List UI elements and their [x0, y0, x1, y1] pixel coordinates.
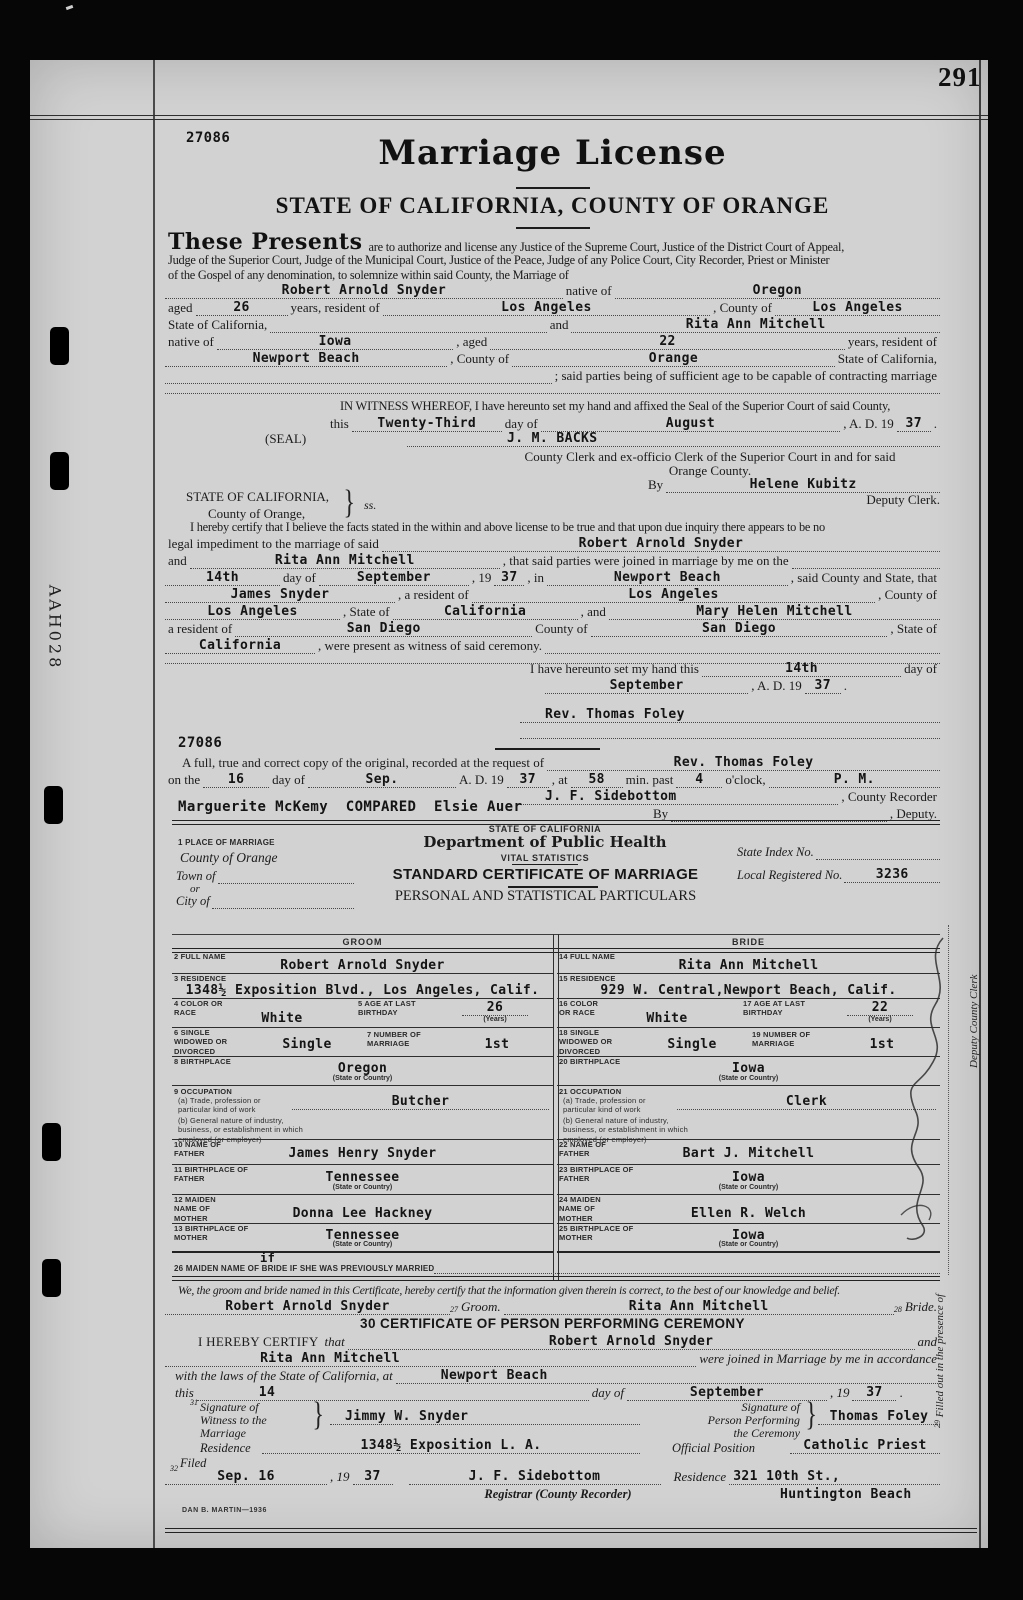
native-of-label: native of [168, 334, 214, 350]
cert-witness2-residence-line: a resident of San Diego County of San Di… [165, 620, 940, 637]
recording-number: 27086 [178, 735, 222, 751]
at-label: , at [552, 772, 568, 788]
table-row: 11 BIRTHPLACE OF FATHER Tennessee (State… [172, 1164, 553, 1195]
impediment-label: legal impediment to the marriage of said [168, 536, 379, 552]
cert-year-field: 37 [494, 570, 524, 586]
spacer [393, 1471, 409, 1485]
recorded-copy-line: A full, true and correct copy of the ori… [165, 754, 940, 771]
license-bride-line: native of Iowa , aged 22 years, resident… [165, 333, 940, 350]
town-of-field [218, 869, 355, 884]
hand-line-2: September , A. D. 19 37 . [545, 677, 850, 694]
registrar-residence-2: Huntington Beach [780, 1487, 912, 1502]
bottom-double-rule [165, 1528, 977, 1533]
witness1-city-field: Los Angeles [472, 587, 875, 603]
country-caption: (State or Country) [557, 1241, 940, 1248]
recorded-date-line: on the 16 day of Sep. A. D. 19 37 , at 5… [165, 771, 940, 788]
registrar-residence-field: 321 10th St., [729, 1469, 940, 1485]
cert-bride-field: Rita Ann Mitchell [190, 553, 500, 569]
filled-out-text: Filled out in the presence of [934, 1294, 946, 1417]
blank-field [520, 724, 940, 739]
row-value: James Henry Snyder [172, 1146, 553, 1161]
presents-line-3: of the Gospel of any denomination, to so… [168, 268, 940, 283]
in-label: , in [527, 570, 544, 586]
recorded-hour-field: 4 [676, 772, 722, 788]
table-row: 22 NAME OF FATHER Bart J. Mitchell [557, 1139, 940, 1165]
local-registered-label: Local Registered No. [737, 868, 842, 883]
filled-out-label: 29 Filled out in the presence of [934, 1294, 946, 1428]
year-19-label: , 19 [472, 570, 492, 586]
punch-hole [42, 1123, 61, 1161]
aged-label: , aged [456, 334, 487, 350]
section-divider [495, 748, 600, 750]
witness-whereof-text: IN WITNESS WHEREOF, I have hereunto set … [340, 399, 940, 414]
state-index-line: State Index No. [737, 844, 940, 860]
witness-signature-line: Jimmy W. Snyder [330, 1407, 640, 1425]
bride-birthplace-field: Iowa [217, 334, 453, 350]
row-value: Iowa [557, 1061, 940, 1076]
cert-witness1-line: James Snyder , a resident of Los Angeles… [165, 586, 940, 603]
cert-month-field: September [319, 570, 469, 586]
county-of-label: County of [535, 621, 587, 637]
cert-groom-field: Robert Arnold Snyder [382, 536, 940, 552]
spacer [661, 1471, 671, 1485]
witness-brace: } [312, 1398, 323, 1432]
groom-age-field: 26 [196, 300, 288, 316]
row-label: 5 AGE AT LAST BIRTHDAY [358, 999, 450, 1018]
witness2-city-field: San Diego [235, 621, 532, 637]
recorded-year-field: 37 [507, 772, 549, 788]
blank-rule-line [520, 731, 940, 739]
groom-city-field: Los Angeles [383, 300, 710, 316]
presents-line-1: These Presents are to authorize and lice… [168, 229, 940, 255]
hand-text: I have hereunto set my hand this [530, 661, 699, 677]
row-label: 18 SINGLE WIDOWED OR DIVORCED [559, 1028, 621, 1056]
hand-line-1: I have hereunto set my hand this 14th da… [527, 660, 940, 677]
table-row: 10 NAME OF FATHER James Henry Snyder [172, 1139, 553, 1165]
residence-label: Residence [674, 1469, 727, 1485]
table-row: 24 MAIDEN NAME OF MOTHER Ellen R. Welch [557, 1194, 940, 1224]
cert-date-line: 14th day of September , 19 37 , in Newpo… [165, 569, 940, 586]
film-side-code: AAH028 [44, 585, 65, 671]
performer-brace: } [805, 1398, 816, 1432]
recorded-day-field: 16 [203, 772, 269, 788]
ss-label: ss. [364, 498, 376, 513]
cert-groom-line: legal impediment to the marriage of said… [165, 535, 940, 552]
groom-birthplace-field: Oregon [615, 283, 940, 299]
registrar-signature-field: J. F. Sidebottom [409, 1469, 661, 1485]
bride-sig-number: 28 [894, 1305, 902, 1314]
cert-day-field: 14th [165, 570, 280, 586]
state-of-label: , State of [890, 621, 937, 637]
and-label: and [550, 317, 569, 333]
row-label: 21 OCCUPATION [559, 1087, 669, 1096]
license-bride-city-line: Newport Beach , County of Orange State o… [165, 350, 940, 367]
license-state-line: State of California, and Rita Ann Mitche… [165, 316, 940, 333]
cert-state-label: STATE OF CALIFORNIA, [186, 489, 329, 505]
registrar-caption: Registrar (County Recorder) [428, 1487, 688, 1502]
punch-hole [44, 786, 63, 824]
row-label: 19 NUMBER OF MARRIAGE [752, 1030, 832, 1049]
row-value: Donna Lee Hackney [172, 1206, 553, 1221]
local-registered-line: Local Registered No. 3236 [737, 867, 940, 883]
state-index-label: State Index No. [737, 845, 814, 860]
ceremony-line-2: Rita Ann Mitchell were joined in Marriag… [165, 1350, 940, 1367]
recorder-signature-line: J. F. Sidebottom , County Recorder [520, 788, 940, 805]
recorded-ampm-field: P. M. [769, 772, 940, 788]
oclock-label: o'clock, [725, 772, 765, 788]
groom-sig-label: Groom. [461, 1299, 501, 1315]
printer-credit: DAN B. MARTIN—1936 [182, 1507, 267, 1514]
row-value: 929 W. Central,Newport Beach, Calif. [557, 983, 940, 998]
vital-statistics-heading: VITAL STATISTICS [380, 853, 710, 864]
film-scratch-mark [66, 5, 74, 10]
witness1-state-field: California [393, 604, 578, 620]
row-value: 1st [462, 1037, 532, 1052]
row-value: Single [257, 1037, 357, 1052]
ad-19-label: , A. D. 19 [751, 678, 802, 694]
witness1-field: James Snyder [165, 587, 395, 603]
presents-line-2: Judge of the Superior Court, Judge of th… [168, 253, 940, 268]
table-bottom-rule [172, 1276, 940, 1281]
performer-sig-label: Signature of Person Performing the Cerem… [660, 1401, 800, 1440]
deputy-county-clerk-label: Deputy County Clerk [968, 975, 980, 1068]
table-row: 8 BIRTHPLACE Oregon (State or Country) [172, 1056, 553, 1086]
witness-sig-label: Signature of Witness to the Marriage [200, 1401, 312, 1440]
filed-year-field: 37 [353, 1469, 393, 1485]
row-value: Butcher [292, 1094, 549, 1110]
on-the-label: on the [168, 772, 200, 788]
deputy-clerk-signature [893, 920, 957, 1250]
table-row: 4 COLOR OR RACE White 5 AGE AT LAST BIRT… [172, 998, 553, 1028]
official-position-field: Catholic Priest [790, 1438, 940, 1454]
row26-field [434, 1259, 940, 1274]
ceremony-performer-signature: Thomas Foley [818, 1409, 940, 1425]
blank-field [792, 554, 940, 569]
row-label: 7 NUMBER OF MARRIAGE [367, 1030, 447, 1049]
left-margin-rule [153, 60, 155, 1548]
deputy-clerk-signature-field: Helene Kubitz [666, 477, 940, 493]
license-groom-line: Robert Arnold Snyder native of Oregon [165, 282, 940, 299]
by-label: By [648, 477, 663, 493]
joined-text: were joined in Marriage by me in accorda… [699, 1351, 937, 1367]
county-clerk-signature: J. M. BACKS [407, 431, 940, 447]
row-label: 15 RESIDENCE [559, 974, 649, 983]
that-label: that [325, 1334, 345, 1350]
row-label: 17 AGE AT LAST BIRTHDAY [743, 999, 835, 1018]
city-of-field [212, 894, 354, 909]
aged-label: aged [168, 300, 193, 316]
ceremony-heading: 30 CERTIFICATE OF PERSON PERFORMING CERE… [165, 1316, 940, 1331]
witness-residence-line: 1348½ Exposition L. A. [262, 1438, 640, 1454]
witness-residence-field: 1348½ Exposition L. A. [262, 1438, 640, 1454]
table-row: 16 COLOR OR RACE White 17 AGE AT LAST BI… [557, 998, 940, 1028]
deputy-clerk-title: Deputy Clerk. [520, 492, 940, 508]
state-of-california-label: State of California, [838, 351, 937, 367]
groom-consent-signature: Robert Arnold Snyder [165, 1299, 450, 1315]
ss-brace: } [343, 486, 354, 520]
county-of-label: , County of [878, 587, 937, 603]
row-value: 26 [462, 1000, 528, 1016]
seal-label: (SEAL) [265, 431, 306, 447]
ceremony-bride-field: Rita Ann Mitchell [165, 1351, 495, 1367]
table-row: 25 BIRTHPLACE OF MOTHER Iowa (State or C… [557, 1223, 940, 1253]
county-recorder-signature: J. F. Sidebottom [520, 789, 838, 805]
state-county-heading: STATE OF CALIFORNIA, COUNTY OF ORANGE [165, 193, 940, 219]
row-value: Ellen R. Welch [557, 1206, 940, 1221]
witness1-county-field: Los Angeles [165, 604, 340, 620]
this-label: this [330, 416, 349, 432]
table-row: 14 FULL NAME Rita Ann Mitchell [557, 951, 940, 974]
ceremony-groom-field: Robert Arnold Snyder [348, 1334, 915, 1350]
table-row: 9 OCCUPATION (a) Trade, profession or pa… [172, 1085, 553, 1140]
ceremony-place-field: Newport Beach [396, 1368, 940, 1384]
requestor-field: Rev. Thomas Foley [547, 755, 940, 771]
officiant-signature-line: Rev. Thomas Foley [520, 706, 940, 723]
table-row: 15 RESIDENCE 929 W. Central,Newport Beac… [557, 973, 940, 999]
row-value: Robert Arnold Snyder [172, 958, 553, 973]
county-of-label: , County of [450, 351, 509, 367]
country-caption: (State or Country) [172, 1075, 553, 1082]
county-recorder-label: , County Recorder [841, 789, 937, 805]
and-label: and [168, 553, 187, 569]
row-value: White [597, 1011, 737, 1026]
years-resident-label: years, resident of [848, 334, 937, 350]
bride-name-field: Rita Ann Mitchell [571, 317, 940, 333]
bride-age-field: 22 [490, 334, 845, 350]
state-of-label: , State of [343, 604, 390, 620]
hand-month-field: September [545, 678, 748, 694]
years-resident-label: years, resident of [291, 300, 380, 316]
cert-place-field: Newport Beach [547, 570, 788, 586]
right-margin-rule [979, 60, 981, 1548]
table-row: 6 SINGLE WIDOWED OR DIVORCED Single 7 NU… [172, 1027, 553, 1057]
cert-bride-line: and Rita Ann Mitchell , that said partie… [165, 552, 940, 569]
punch-hole [50, 452, 69, 490]
consent-signature-line: Robert Arnold Snyder 27 Groom. Rita Ann … [165, 1298, 940, 1315]
recorded-minutes-field: 58 [571, 772, 623, 788]
table-row: 21 OCCUPATION (a) Trade, profession or p… [557, 1085, 940, 1140]
row-value: Tennessee [172, 1170, 553, 1185]
day-of-label: day of [272, 772, 305, 788]
ceremony-line-3: with the laws of the State of California… [172, 1367, 940, 1384]
state-index-field [816, 845, 940, 860]
town-of-label: Town of [176, 869, 216, 884]
blank-field [495, 1352, 696, 1367]
table-row: 2 FULL NAME Robert Arnold Snyder [172, 951, 553, 974]
bride-sig-label: Bride. [905, 1299, 937, 1315]
certificate-subtitle: PERSONAL AND STATISTICAL PARTICULARS [368, 888, 723, 905]
row-value: Rita Ann Mitchell [557, 958, 940, 973]
bride-city-field: Newport Beach [165, 351, 447, 367]
day-of-label: day of [283, 570, 316, 586]
license-groom-age-line: aged 26 years, resident of Los Angeles ,… [165, 299, 940, 316]
title-underline [516, 187, 590, 189]
document-title: Marriage License [165, 133, 940, 173]
table-row: 13 BIRTHPLACE OF MOTHER Tennessee (State… [172, 1223, 553, 1253]
table-row: 23 BIRTHPLACE OF FATHER Iowa (State or C… [557, 1164, 940, 1195]
a-resident-of-label: a resident of [168, 621, 232, 637]
years-caption: (Years) [462, 1016, 528, 1023]
consent-text: We, the groom and bride named in this Ce… [178, 1283, 940, 1298]
groom-name-field: Robert Arnold Snyder [165, 283, 563, 299]
row-value: Bart J. Mitchell [557, 1146, 940, 1161]
state-of-california-label: State of California, [168, 317, 267, 333]
cert-witness2-line: Los Angeles , State of California , and … [165, 603, 940, 620]
row-value: Iowa [557, 1170, 940, 1185]
bride-column-header: BRIDE [557, 937, 940, 948]
compared-note: Marguerite McKemy COMPARED Elsie Auer [178, 799, 522, 815]
row-value: White [212, 1011, 352, 1026]
vital-underline [512, 864, 578, 865]
period: . [844, 678, 847, 694]
place-of-marriage-label: 1 PLACE OF MARRIAGE [178, 838, 275, 848]
ceremony-line-1: I HEREBY CERTIFY that Robert Arnold Snyd… [195, 1333, 940, 1350]
blank-rule-line [165, 384, 940, 394]
clerk-signature-line: J. M. BACKS [407, 430, 940, 447]
country-caption: (State or Country) [172, 1184, 553, 1191]
presents-lead: These Presents [168, 229, 362, 255]
city-of-line: City of [176, 894, 354, 909]
table-row: 20 BIRTHPLACE Iowa (State or Country) [557, 1056, 940, 1086]
laws-text: with the laws of the State of California… [175, 1368, 393, 1384]
groom-column-header: GROOM [172, 937, 553, 948]
town-of-line: Town of [176, 869, 354, 884]
row-value: Oregon [172, 1061, 553, 1076]
and-label: , and [581, 604, 606, 620]
joined-text: , that said parties were joined in marri… [503, 553, 789, 569]
top-margin-rule [30, 115, 988, 120]
row-value: Single [642, 1037, 742, 1052]
row-sublabel: (a) Trade, profession or particular kind… [178, 1096, 290, 1115]
punch-hole [42, 1259, 61, 1297]
filled-out-number: 29 [933, 1420, 942, 1428]
official-position-line: Catholic Priest [790, 1438, 940, 1454]
bride-county-field: Orange [512, 351, 835, 367]
county-of-label: , County of [713, 300, 772, 316]
row26-label: 26 MAIDEN NAME OF BRIDE IF SHE WAS PREVI… [174, 1264, 434, 1274]
department-heading: Department of Public Health [380, 833, 710, 851]
page-number: 291 [938, 62, 982, 93]
row-value: 1348½ Exposition Blvd., Los Angeles, Cal… [172, 983, 553, 998]
groom-column: 2 FULL NAME Robert Arnold Snyder 3 RESID… [172, 951, 553, 1251]
hand-day-field: 14th [702, 661, 901, 677]
native-of-label: native of [566, 283, 612, 299]
table-row: 3 RESIDENCE 1348½ Exposition Blvd., Los … [172, 973, 553, 999]
residence-label: Residence [200, 1441, 251, 1456]
filed-date-field: Sep. 16 [165, 1469, 327, 1485]
row-label: 3 RESIDENCE [174, 974, 264, 983]
groom-sig-number: 27 [450, 1305, 458, 1314]
groom-county-field: Los Angeles [775, 300, 940, 316]
hand-year-field: 37 [805, 678, 841, 694]
row-label: 9 OCCUPATION [174, 1087, 284, 1096]
min-past-label: min. past [626, 772, 674, 788]
certificate-title: STANDARD CERTIFICATE OF MARRIAGE [368, 866, 723, 883]
cert-paragraph-1: I hereby certify that I believe the fact… [190, 520, 940, 535]
local-registered-field: 3236 [844, 867, 940, 883]
table-row: 18 SINGLE WIDOWED OR DIVORCED Single 19 … [557, 1027, 940, 1057]
performer-signature-line: Thomas Foley [818, 1407, 940, 1425]
country-caption: (State or Country) [172, 1241, 553, 1248]
bride-column: 14 FULL NAME Rita Ann Mitchell 15 RESIDE… [557, 951, 940, 1251]
bride-consent-signature: Rita Ann Mitchell [504, 1299, 894, 1315]
blank-field [165, 379, 940, 394]
recorded-month-field: Sep. [308, 772, 456, 788]
blank-field [270, 318, 546, 333]
punch-hole [50, 327, 69, 365]
officiant-signature: Rev. Thomas Foley [520, 707, 940, 723]
county-of-orange: County of Orange [180, 850, 278, 866]
filed-line: Sep. 16 , 19 37 J. F. Sidebottom Residen… [165, 1468, 940, 1485]
witness2-field: Mary Helen Mitchell [609, 604, 940, 620]
day-of-label: day of [904, 661, 937, 677]
country-caption: (State or Country) [557, 1075, 940, 1082]
row-sublabel: (a) Trade, profession or particular kind… [563, 1096, 675, 1115]
resident-of-label: , a resident of [398, 587, 469, 603]
official-position-label: Official Position [672, 1441, 755, 1456]
year-19-label: , 19 [330, 1469, 350, 1485]
recorded-copy-text: A full, true and correct copy of the ori… [168, 755, 544, 771]
country-caption: (State or Country) [557, 1184, 940, 1191]
county-state-text: , said County and State, that [791, 570, 937, 586]
ceremony-witness-signature: Jimmy W. Snyder [330, 1409, 640, 1425]
city-of-label: City of [176, 894, 210, 909]
table-row: 12 MAIDEN NAME OF MOTHER Donna Lee Hackn… [172, 1194, 553, 1224]
hereby-certify-label: I HEREBY CERTIFY [198, 1334, 319, 1350]
witness2-county-field: San Diego [591, 621, 888, 637]
row26-line: 26 MAIDEN NAME OF BRIDE IF SHE WAS PREVI… [174, 1261, 940, 1274]
row-label: 6 SINGLE WIDOWED OR DIVORCED [174, 1028, 236, 1056]
ad-19-label: A. D. 19 [459, 772, 504, 788]
deputy-by-line: By Helene Kubitz [645, 476, 940, 493]
